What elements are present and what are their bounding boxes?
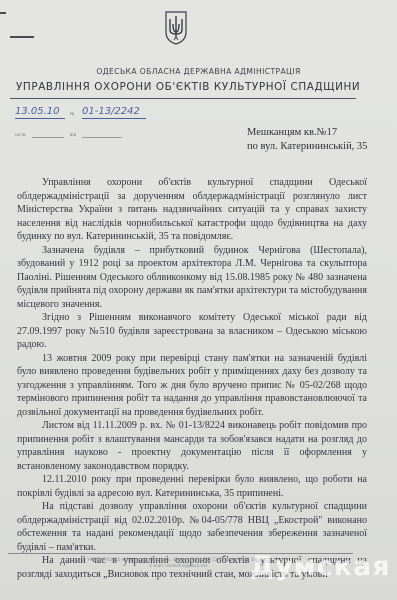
watermark: Думская <box>250 551 391 582</box>
paragraph: Листом від 11.11.2009 р. вх. № 01-13/822… <box>17 419 367 473</box>
addressee-line: по вул. Катерининській, 35 <box>247 140 367 154</box>
ref-label: на № <box>15 132 26 137</box>
outgoing-number: 01-13/2242 <box>82 106 146 119</box>
edge-mark <box>0 12 6 14</box>
paragraph: Управління охорони об'єктів культурної с… <box>17 176 367 244</box>
paragraph: Зазначена будівля – прибутковий будинок … <box>17 244 367 312</box>
addressee-line: Мешканцям кв.№17 <box>247 126 367 140</box>
paragraph: 12.11.2010 року при проведенні перевірки… <box>17 473 367 500</box>
paragraph: 13 жовтня 2009 року при перевірці стану … <box>17 352 367 420</box>
letter-body: Управління охорони об'єктів культурної с… <box>17 176 367 581</box>
document-page: ОДЕСЬКА ОБЛАСНА ДЕРЖАВНА АДМІНІСТРАЦІЯ У… <box>0 0 397 600</box>
paragraph: Згідно з Рішенням виконавчого комітету О… <box>17 311 367 352</box>
number-label: № <box>70 111 74 116</box>
addressee-block: Мешканцям кв.№17 по вул. Катерининській,… <box>247 126 367 154</box>
ref-number-line <box>32 137 64 138</box>
ref-date-line <box>82 137 122 138</box>
edge-mark <box>10 36 34 38</box>
department-name: УПРАВЛІННЯ ОХОРОНИ ОБ'ЄКТІВ КУЛЬТУРНОЇ С… <box>16 81 356 93</box>
organization-name: ОДЕСЬКА ОБЛАСНА ДЕРЖАВНА АДМІНІСТРАЦІЯ <box>0 67 397 76</box>
outgoing-date: 13.05.10 <box>15 106 65 119</box>
from-label: від <box>70 132 76 137</box>
trident-coat-of-arms-icon <box>164 10 188 46</box>
paragraph: На підставі дозволу управління охорони о… <box>17 500 367 554</box>
header-divider <box>10 98 356 99</box>
